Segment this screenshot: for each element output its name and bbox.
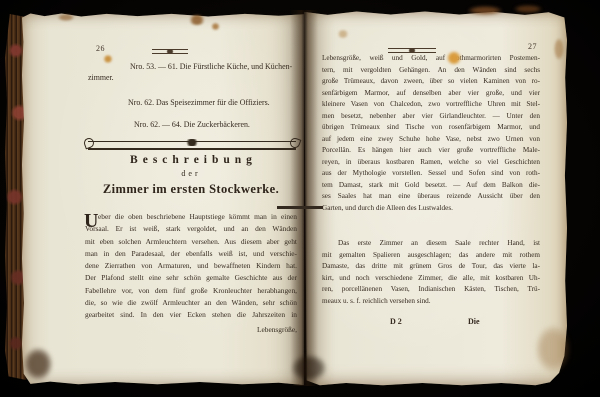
left-top-rule-ornament-icon [152,49,188,54]
right-page-number: 27 [528,42,537,51]
heading-title: Beschreibung [85,154,297,166]
section-heading: Beschreibung der Zimmer im ersten Stockw… [85,154,297,197]
right-catchword: Die [468,317,480,326]
text-line: auf jedem eine zwey Schuhe hohe Vase, ne… [322,134,540,146]
text-line: Porcellän. Es hängen hier auch vier groß… [322,145,540,157]
text-line: Nro. 62. — 64. Die Zuckerbäckeren. [88,119,296,130]
text-line: meaux u. s. f. reichlich versehen sind. [322,296,540,308]
text-line: gearbeitet sind. In den vier Ecken stehe… [85,309,297,321]
text-line: Nro. 62. Das Speisezimmer für die Offizi… [88,97,296,108]
text-line: reyen, in überaus kostbaren Ramen, welch… [322,157,540,169]
section-divider-ornament-icon [88,141,296,150]
text-line: kirt, und noch verschiedene Zimmer, die … [322,273,540,285]
text-line: man in den Paradesaal, der ebenfalls wei… [85,248,297,260]
text-line: Der Plafond stellt eine sehr schön gemal… [85,272,297,284]
book-photograph: 26 Nro. 53. — 61. Die Fürstliche Küche, … [0,0,600,397]
text-line: mit gemalten Spalieren ausgeschlagen; da… [322,250,540,262]
text-line: Vorsaal. Er ist weiß, stark vergoldet, u… [85,223,297,235]
text-line: dene Zierrathen von Armaturen, und bewaf… [85,260,297,272]
text-line: übrigen Trümeaux sind Tische von rosenfä… [322,122,540,134]
heading-main: Zimmer im ersten Stockwerke. [85,182,297,197]
text-line: Damaste, das dritte mit grünem Gros de T… [322,261,540,273]
text-line: eber die oben beschriebene Hauptstiege k… [85,211,297,223]
text-line: Nro. 53. — 61. Die Fürstliche Küche, und… [88,61,296,72]
text-line: tem Damast, stark mit Gold besetzt. — Au… [322,180,540,192]
signature-mark: D 2 [390,317,402,326]
text-line: Garten, und durch die Alleen des Lustwal… [322,203,540,215]
left-page-number: 26 [96,44,105,53]
text-line: ses Saales hat man eine überaus reizende… [322,191,540,203]
text-line: Lebensgröße, weiß und Gold, auf rothmarm… [322,53,540,65]
heading-rule-icon [277,206,323,209]
text-line: men besetzt, nebenher aber vier Girlandl… [322,111,540,123]
text-line: ren, porcellänenen Vasen, Indianischen K… [322,284,540,296]
heading-subtitle: der [85,169,297,178]
text-line: kleinere Vasen von Chalcedon, zwo vortre… [322,99,540,111]
text-line: Das erste Zimmer an diesem Saale rechter… [322,238,540,250]
text-line: die, so wie die zwölf Armleuchter an den… [85,297,297,309]
text-line: große Trümeaux, davon zween, über so vie… [322,76,540,88]
text-line: mit eben solchen Armleuchtern versehen. … [85,236,297,248]
text-line: senfärbigem Marmor, auf denselben aber v… [322,88,540,100]
right-body-paragraph-1: Lebensgröße, weiß und Gold, auf rothmarm… [322,53,540,214]
divider-center-knot-icon [185,139,199,146]
drop-cap: U [84,211,98,231]
text-line: tern, mit vergoldten Gehängen. An den Wä… [322,65,540,77]
text-line: zimmer. [88,72,296,83]
left-catchword: Lebensgröße, [85,325,297,334]
text-line: Fabellehre vor, von dem fünf große Kronl… [85,285,297,297]
left-body-text: U eber die oben beschriebene Hauptstiege… [85,211,297,322]
left-toc-entries: Nro. 53. — 61. Die Fürstliche Küche, und… [88,61,296,130]
text-line: aus der Mythologie vorstellen. Sessel un… [322,168,540,180]
right-body-paragraph-2: Das erste Zimmer an diesem Saale rechter… [322,238,540,307]
foxing-spot [514,5,542,13]
